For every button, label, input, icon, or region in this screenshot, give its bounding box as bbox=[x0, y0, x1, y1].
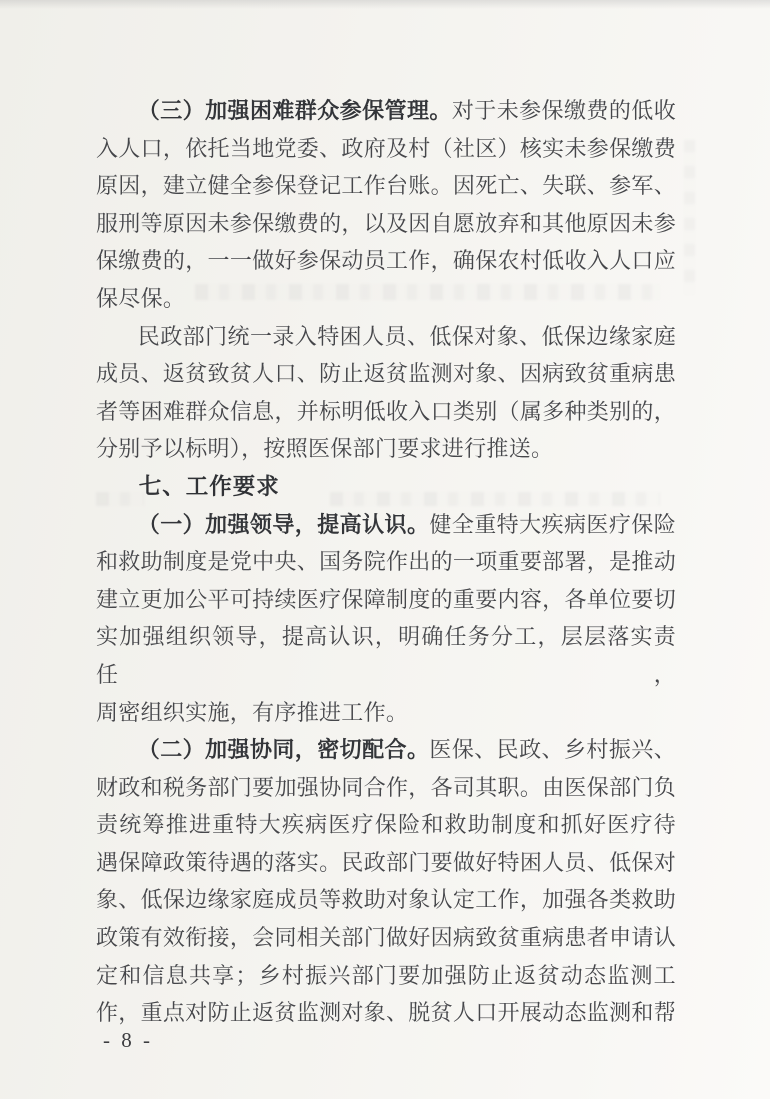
text-line: （一）加强领导，提高认识。健全重特大疾病医疗保险 bbox=[96, 506, 676, 544]
text-line: 遇保障政策待遇的落实。民政部门要做好特困人员、低保对 bbox=[96, 844, 676, 882]
text-line: 建立更加公平可持续医疗保障制度的重要内容，各单位要切 bbox=[96, 581, 676, 619]
paragraph-lead: （二）加强协同，密切配合。 bbox=[138, 737, 430, 762]
text-line: 和救助制度是党中央、国务院作出的一项重要部署，是推动 bbox=[96, 543, 676, 581]
text-line: 财政和税务部门要加强协同合作，各司其职。由医保部门负 bbox=[96, 769, 676, 807]
paragraph-minzheng-data-entry: 民政部门统一录入特困人员、低保对象、低保边缘家庭 成员、返贫致贫人口、防止返贫监… bbox=[96, 318, 676, 468]
text-line: （二）加强协同，密切配合。医保、民政、乡村振兴、 bbox=[96, 731, 676, 769]
paragraph-lead: （一）加强领导，提高认识。 bbox=[138, 512, 430, 537]
text-line: 周密组织实施，有序推进工作。 bbox=[96, 694, 676, 732]
text-run: 对于未参保缴费的低收 bbox=[452, 98, 676, 123]
paragraph-lead: （三）加强困难群众参保管理。 bbox=[138, 98, 452, 123]
document-text-block: （三）加强困难群众参保管理。对于未参保缴费的低收 入人口，依托当地党委、政府及村… bbox=[96, 92, 676, 1032]
text-line: 民政部门统一录入特困人员、低保对象、低保边缘家庭 bbox=[96, 318, 676, 356]
text-line: 实加强组织领导，提高认识，明确任务分工，层层落实责任， bbox=[96, 618, 676, 693]
text-line: 分别予以标明），按照医保部门要求进行推送。 bbox=[96, 430, 676, 468]
paragraph-requirement-1: （一）加强领导，提高认识。健全重特大疾病医疗保险 和救助制度是党中央、国务院作出… bbox=[96, 506, 676, 732]
text-line: 作，重点对防止返贫监测对象、脱贫人口开展动态监测和帮 bbox=[96, 994, 676, 1032]
text-line: 入人口，依托当地党委、政府及村（社区）核实未参保缴费 bbox=[96, 130, 676, 168]
text-line: 服刑等原因未参保缴费的，以及因自愿放弃和其他原因未参 bbox=[96, 205, 676, 243]
text-line: 保缴费的，一一做好参保动员工作，确保农村低收入人口应 bbox=[96, 242, 676, 280]
text-line: 定和信息共享；乡村振兴部门要加强防止返贫动态监测工 bbox=[96, 957, 676, 995]
text-line: 象、低保边缘家庭成员等救助对象认定工作，加强各类救助 bbox=[96, 881, 676, 919]
paragraph-section-3: （三）加强困难群众参保管理。对于未参保缴费的低收 入人口，依托当地党委、政府及村… bbox=[96, 92, 676, 318]
scan-edge-shadow bbox=[0, 0, 770, 9]
text-line: 保尽保。 bbox=[96, 280, 676, 318]
text-line: 原因，建立健全参保登记工作台账。因死亡、失联、参军、 bbox=[96, 167, 676, 205]
text-line: 成员、返贫致贫人口、防止返贫监测对象、因病致贫重病患 bbox=[96, 355, 676, 393]
section-heading-work-requirements: 七、工作要求 bbox=[96, 468, 676, 506]
bleedthrough-smudge bbox=[684, 140, 695, 295]
text-line: 者等困难群众信息，并标明低收入口类别（属多种类别的， bbox=[96, 393, 676, 431]
scanned-document-page: （三）加强困难群众参保管理。对于未参保缴费的低收 入人口，依托当地党委、政府及村… bbox=[0, 0, 770, 1099]
text-run: 健全重特大疾病医疗保险 bbox=[429, 512, 676, 537]
text-line: 政策有效衔接，会同相关部门做好因病致贫重病患者申请认 bbox=[96, 919, 676, 957]
text-line: （三）加强困难群众参保管理。对于未参保缴费的低收 bbox=[96, 92, 676, 130]
text-run: 医保、民政、乡村振兴、 bbox=[429, 737, 676, 762]
text-line: 责统筹推进重特大疾病医疗保险和救助制度和抓好医疗待 bbox=[96, 806, 676, 844]
paragraph-requirement-2: （二）加强协同，密切配合。医保、民政、乡村振兴、 财政和税务部门要加强协同合作，… bbox=[96, 731, 676, 1032]
page-number: - 8 - bbox=[103, 1028, 153, 1053]
